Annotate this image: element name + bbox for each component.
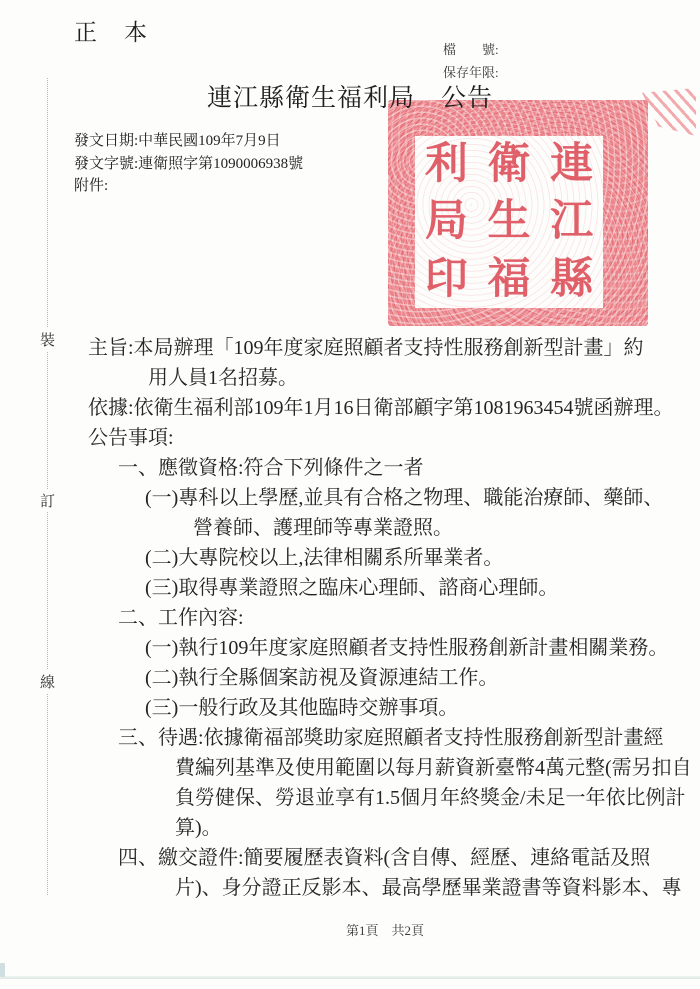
body-line: 負勞健保、勞退並享有1.5個月年終獎金/未足一年依比例計 [175, 783, 678, 813]
binding-mark: 訂 [40, 489, 55, 512]
seal-inner-face: 利局印衛生福連江縣 [415, 136, 603, 308]
body-line: 三、待遇:依據衛福部獎助家庭照顧者支持性服務創新型計畫經 [118, 723, 678, 753]
scan-corner-artifact [0, 963, 5, 977]
attachment-line: 附件: [74, 175, 303, 198]
copy-type-label: 正 本 [74, 14, 149, 47]
body-line: 公告事項: [88, 423, 678, 453]
body-line: 營養師、護理師等專業證照。 [193, 513, 678, 543]
seal-script-column: 利局印 [415, 136, 478, 308]
body-line: 算)。 [175, 813, 678, 843]
body-line: 主旨:本局辦理「109年度家庭照顧者支持性服務創新型計畫」約 [88, 333, 678, 363]
body-line: 二、工作內容: [118, 603, 678, 633]
document-title: 連江縣衛生福利局 公告 [0, 78, 700, 114]
body-line: (二)執行全縣個案訪視及資源連結工作。 [145, 663, 678, 693]
body-line: (三)取得專業證照之臨床心理師、諮商心理師。 [145, 573, 678, 603]
body-line: 依據:依衛生福利部109年1月16日衛部顧字第1081963454號函辦理。 [88, 393, 678, 423]
binding-mark: 裝 [40, 328, 55, 351]
body-line: 四、繳交證件:簡要履歷表資料(含自傳、經歷、連絡電話及照 [118, 843, 678, 873]
body-line: (三)一般行政及其他臨時交辦事項。 [145, 693, 678, 723]
issue-date-line: 發文日期:中華民國109年7月9日 [74, 130, 303, 153]
seal-script-column: 衛生福 [478, 136, 541, 308]
body-line: (一)執行109年度家庭照顧者支持性服務創新計畫相關業務。 [145, 633, 678, 663]
body-line: 一、應徵資格:符合下列條件之一者 [118, 453, 678, 483]
body-line: 費編列基準及使用範圍以每月薪資新臺幣4萬元整(需另扣自 [175, 753, 678, 783]
body-line: 用人員1名招募。 [148, 363, 678, 393]
scan-edge-artifact [0, 976, 700, 979]
document-meta: 發文日期:中華民國109年7月9日 發文字號:連衛照字第1090006938號 … [74, 130, 303, 198]
body-line: (一)專科以上學歷,並具有合格之物理、職能治療師、藥師、 [145, 483, 678, 513]
seal-script-column: 連江縣 [540, 136, 603, 308]
file-number-label: 檔 號: [443, 38, 499, 61]
binding-mark: 線 [40, 670, 55, 693]
page-number: 第1頁 共2頁 [0, 920, 700, 939]
official-seal-stamp: 利局印衛生福連江縣 [388, 100, 648, 326]
body-line: 片)、身分證正反影本、最高學歷畢業證書等資料影本、專 [175, 873, 678, 903]
announcement-body: 主旨:本局辦理「109年度家庭照顧者支持性服務創新型計畫」約用人員1名招募。依據… [88, 333, 678, 903]
doc-number-line: 發文字號:連衛照字第1090006938號 [74, 153, 303, 176]
body-line: (二)大專院校以上,法律相關系所畢業者。 [145, 543, 678, 573]
document-page: 正 本 檔 號: 保存年限: 連江縣衛生福利局 公告 發文日期:中華民國109年… [0, 0, 700, 989]
binding-dotted-line [47, 78, 48, 895]
